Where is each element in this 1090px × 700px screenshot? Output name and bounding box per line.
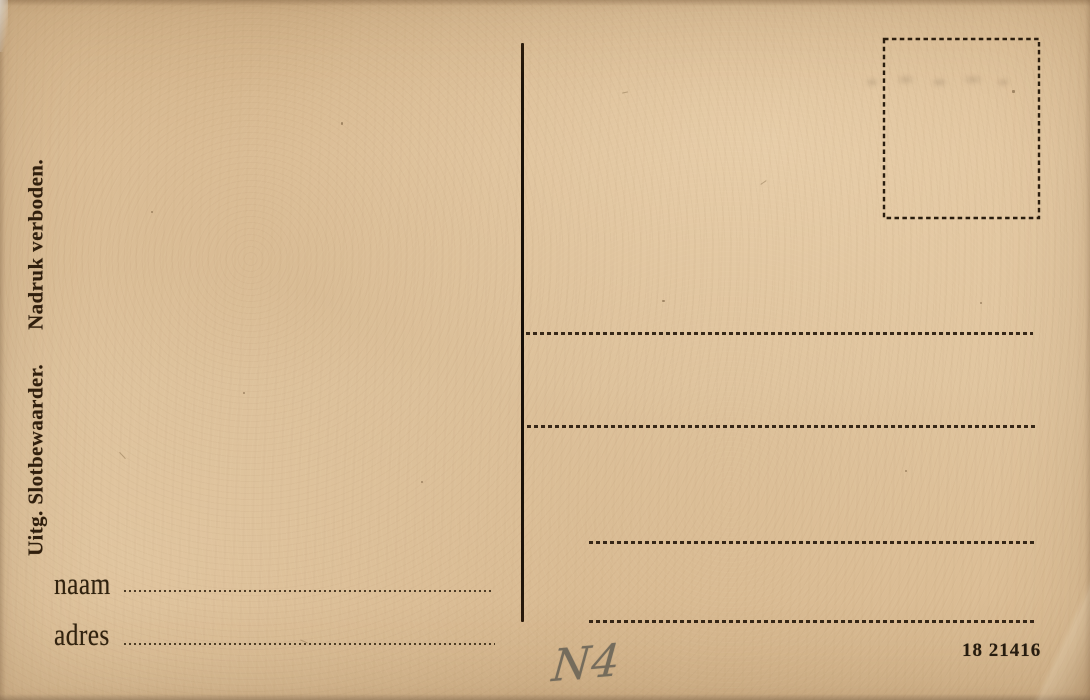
card-corner-highlight [0, 0, 8, 52]
center-divider-line [521, 43, 524, 622]
serial-number: 18 21416 [962, 640, 1041, 662]
card-right-edge-shadow [1085, 0, 1090, 700]
publisher-name-text: Uitg. Slotbewaarder. [24, 364, 48, 556]
handwritten-note: N4 [550, 635, 623, 693]
paper-speck [151, 211, 153, 213]
paper-fiber [622, 91, 628, 93]
paper-speck [341, 122, 343, 125]
address-line-2 [527, 425, 1037, 428]
address-label: adres [54, 617, 110, 653]
paper-speck [662, 300, 665, 302]
address-line-4 [589, 620, 1037, 623]
postcard-back: Uitg. Slotbewaarder.Nadruk verboden. naa… [0, 0, 1090, 700]
name-dotted-line [124, 590, 493, 592]
publisher-imprint: Uitg. Slotbewaarder.Nadruk verboden. [23, 158, 50, 558]
address-dotted-line [124, 643, 495, 645]
paper-speck [243, 392, 245, 394]
address-line-3 [589, 541, 1037, 544]
copyright-notice-text: Nadruk verboden. [24, 159, 48, 330]
stamp-box [882, 37, 1041, 220]
paper-fiber [760, 180, 766, 185]
name-label: naam [54, 566, 111, 602]
card-left-edge-shadow [0, 0, 5, 700]
address-line-1 [526, 332, 1033, 335]
card-bottom-edge-shadow [0, 694, 1090, 700]
paper-speck [905, 470, 907, 472]
paper-speck [421, 481, 423, 483]
paper-speck [980, 302, 982, 304]
paper-fiber [119, 452, 126, 459]
card-top-edge-shadow [0, 0, 1090, 6]
